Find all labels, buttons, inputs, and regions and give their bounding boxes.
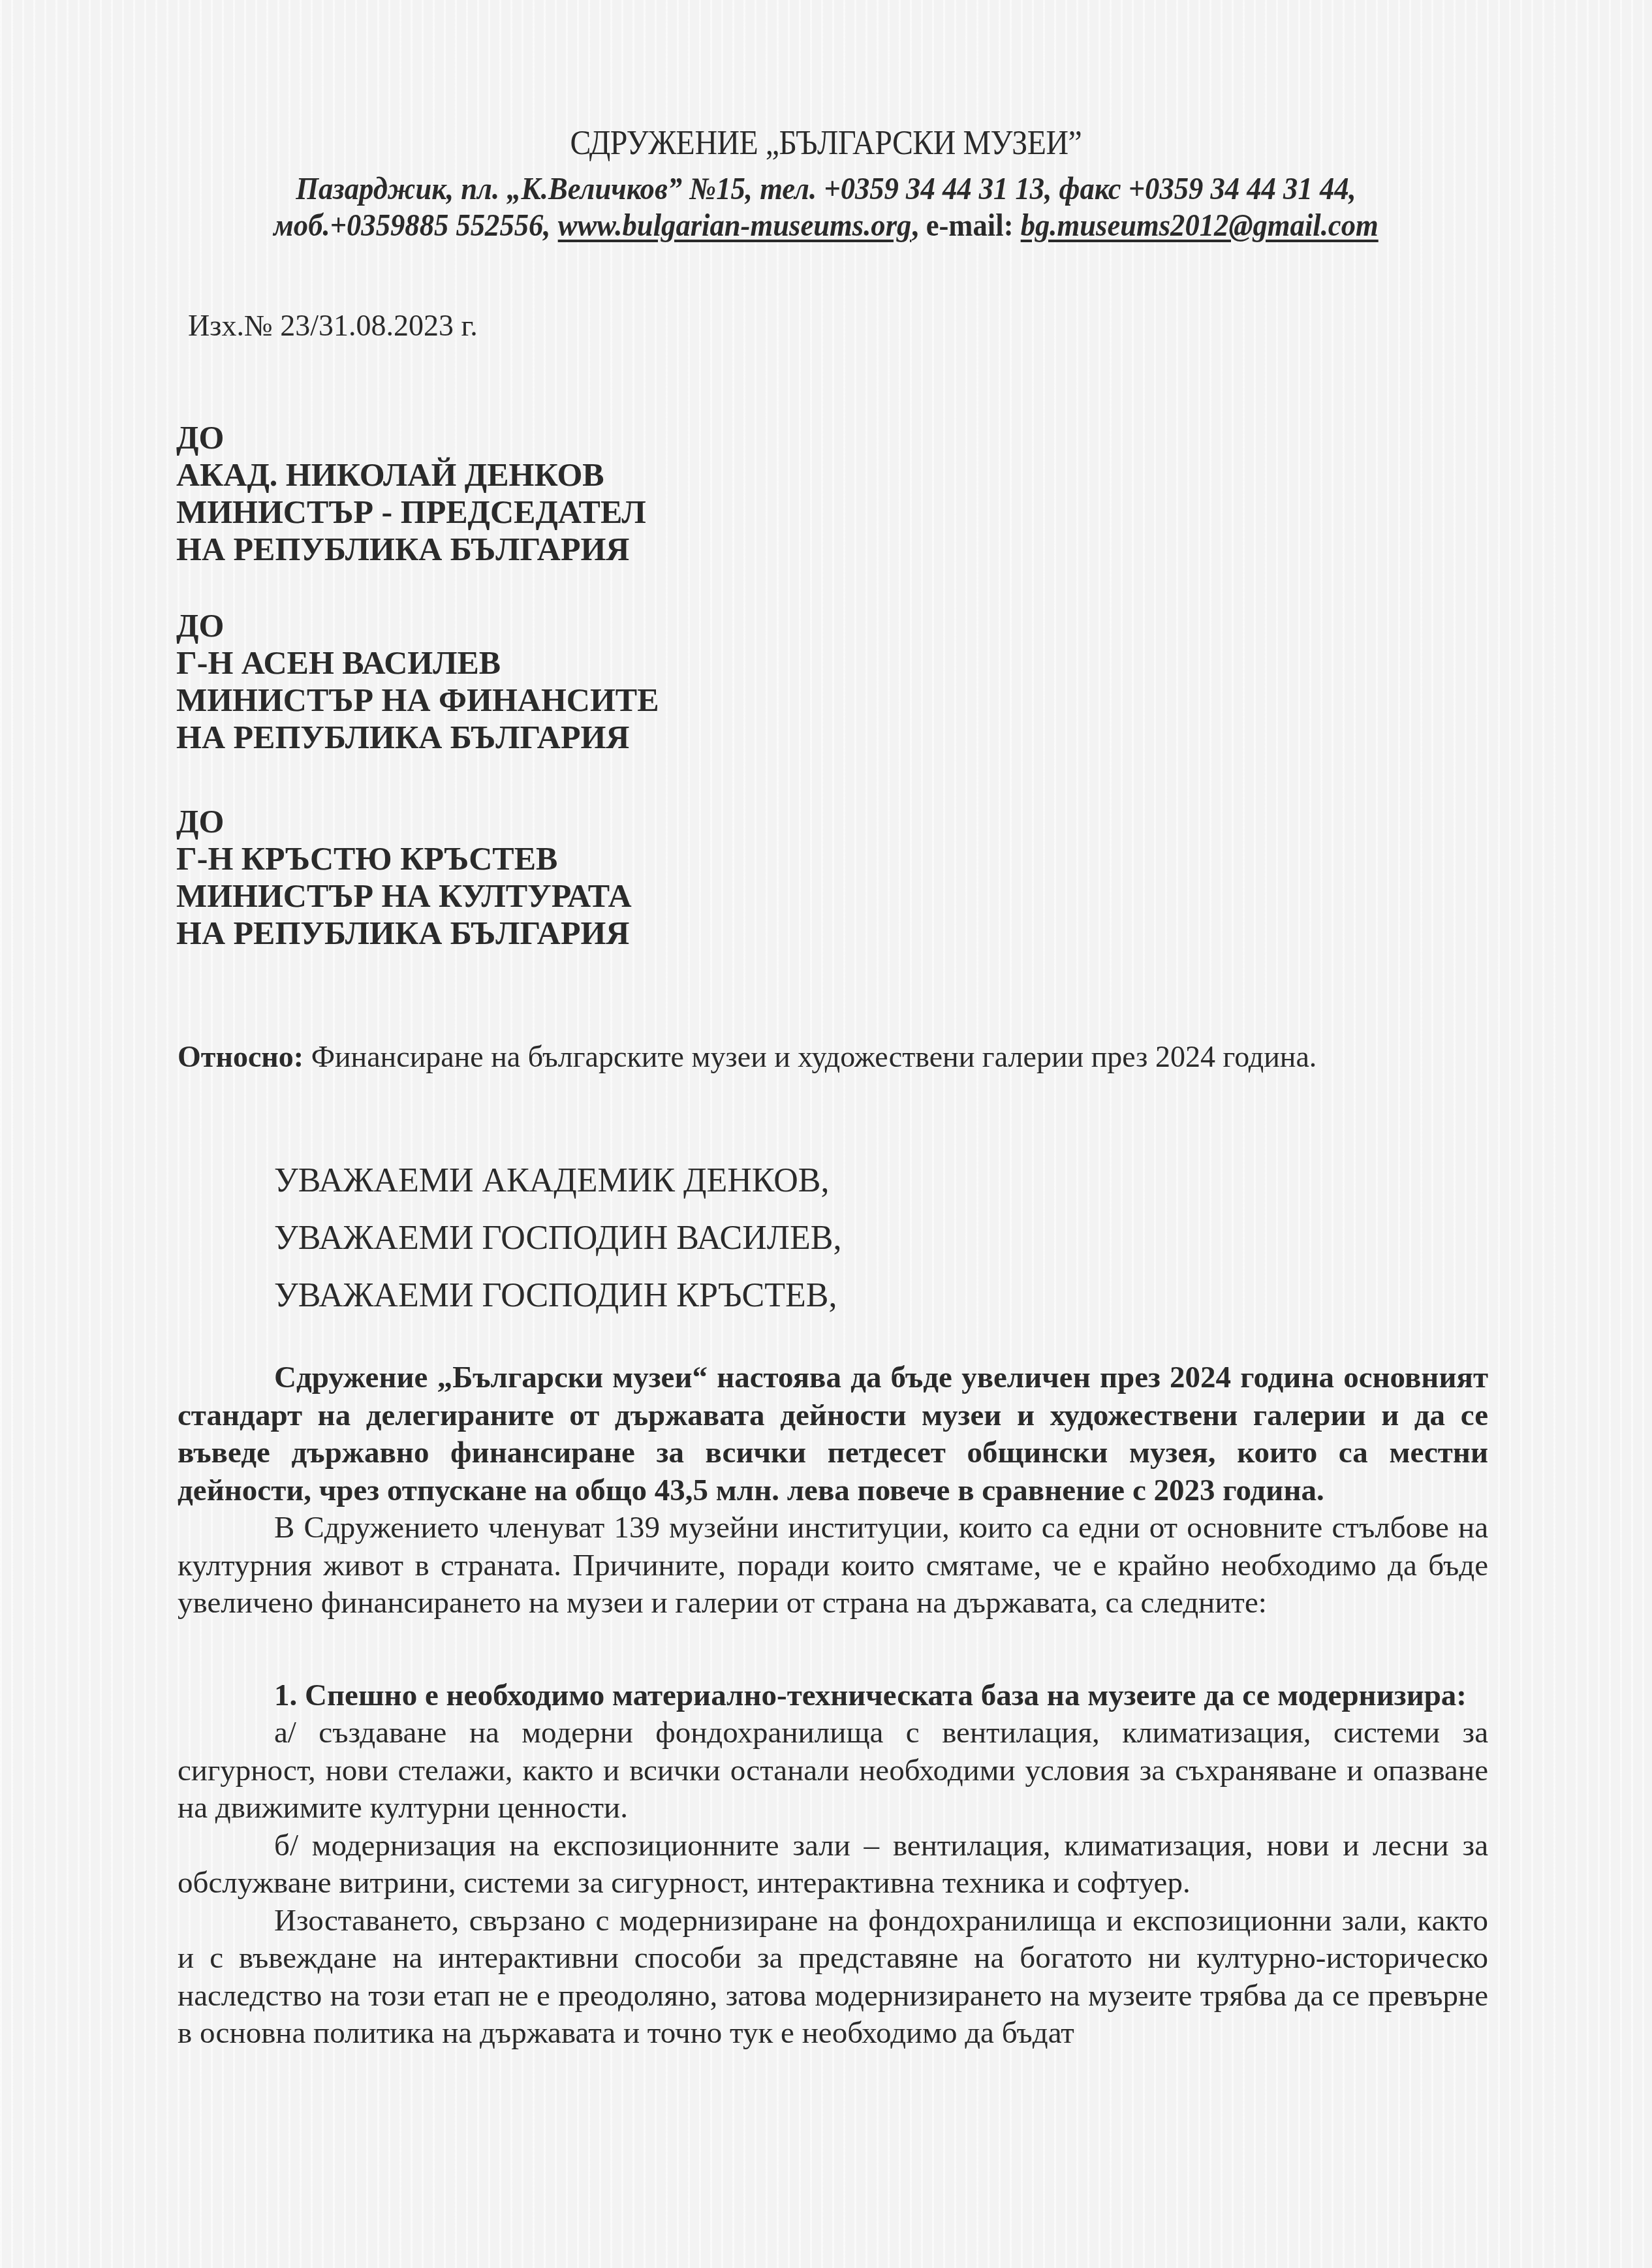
addressee-name: АКАД. НИКОЛАЙ ДЕНКОВ: [176, 456, 646, 494]
addressee-country: НА РЕПУБЛИКА БЪЛГАРИЯ: [176, 915, 632, 952]
addressee-block: ДО Г-Н АСЕН ВАСИЛЕВ МИНИСТЪР НА ФИНАНСИТ…: [176, 607, 659, 756]
letter-body: Сдружение „Български музеи“ настоява да …: [178, 1359, 1488, 2053]
addressee-block: ДО Г-Н КРЪСТЮ КРЪСТЕВ МИНИСТЪР НА КУЛТУР…: [176, 803, 632, 952]
addressee-country: НА РЕПУБЛИКА БЪЛГАРИЯ: [176, 719, 659, 756]
point-1-heading: 1. Спешно е необходимо материално-технич…: [178, 1677, 1488, 1715]
membership-paragraph: В Сдружението членуват 139 музейни инсти…: [178, 1509, 1488, 1622]
subject-line: Относно: Финансиране на българските музе…: [178, 1039, 1317, 1074]
salutation: УВАЖАЕМИ ГОСПОДИН ВАСИЛЕВ,: [274, 1210, 842, 1267]
subject-label: Относно:: [178, 1040, 304, 1073]
addressee-to: ДО: [176, 419, 646, 456]
addressee-name: Г-Н КРЪСТЮ КРЪСТЕВ: [176, 840, 632, 877]
email-label: , e-mail:: [911, 208, 1020, 243]
addressee-title: МИНИСТЪР НА ФИНАНСИТЕ: [176, 682, 659, 719]
salutation: УВАЖАЕМИ АКАДЕМИК ДЕНКОВ,: [274, 1152, 842, 1210]
subject-text: Финансиране на българските музеи и худож…: [304, 1040, 1317, 1073]
point-1b-paragraph: б/ модернизация на експозиционните зали …: [178, 1827, 1488, 1902]
addressee-name: Г-Н АСЕН ВАСИЛЕВ: [176, 644, 659, 682]
outgoing-reference-number: Изх.№ 23/31.08.2023 г.: [188, 308, 478, 343]
addressee-to: ДО: [176, 607, 659, 644]
intro-paragraph: Сдружение „Български музеи“ настоява да …: [178, 1359, 1488, 1509]
lag-paragraph: Изоставането, свързано с модернизиране н…: [178, 1902, 1488, 2053]
salutations: УВАЖАЕМИ АКАДЕМИК ДЕНКОВ, УВАЖАЕМИ ГОСПО…: [274, 1152, 842, 1325]
addressee-title: МИНИСТЪР - ПРЕДСЕДАТЕЛ: [176, 494, 646, 531]
letterhead-address: Пазарджик, пл. „К.Величков” №15, тел. +0…: [58, 171, 1595, 207]
salutation: УВАЖАЕМИ ГОСПОДИН КРЪСТЕВ,: [274, 1267, 842, 1325]
scanned-letter-page: СДРУЖЕНИЕ „БЪЛГАРСКИ МУЗЕИ” Пазарджик, п…: [0, 0, 1652, 2268]
mobile-number: моб.+0359885 552556,: [273, 208, 557, 243]
email-link[interactable]: bg.museums2012@gmail.com: [1021, 208, 1379, 243]
addressee-country: НА РЕПУБЛИКА БЪЛГАРИЯ: [176, 531, 646, 568]
addressee-title: МИНИСТЪР НА КУЛТУРАТА: [176, 877, 632, 915]
addressee-to: ДО: [176, 803, 632, 840]
organization-name: СДРУЖЕНИЕ „БЪЛГАРСКИ МУЗЕИ”: [66, 124, 1586, 163]
letterhead-contacts: моб.+0359885 552556, www.bulgarian-museu…: [58, 208, 1595, 244]
point-1a-paragraph: а/ създаване на модерни фондохранилища с…: [178, 1714, 1488, 1827]
addressee-block: ДО АКАД. НИКОЛАЙ ДЕНКОВ МИНИСТЪР - ПРЕДС…: [176, 419, 646, 568]
website-link[interactable]: www.bulgarian-museums.org: [558, 208, 912, 243]
